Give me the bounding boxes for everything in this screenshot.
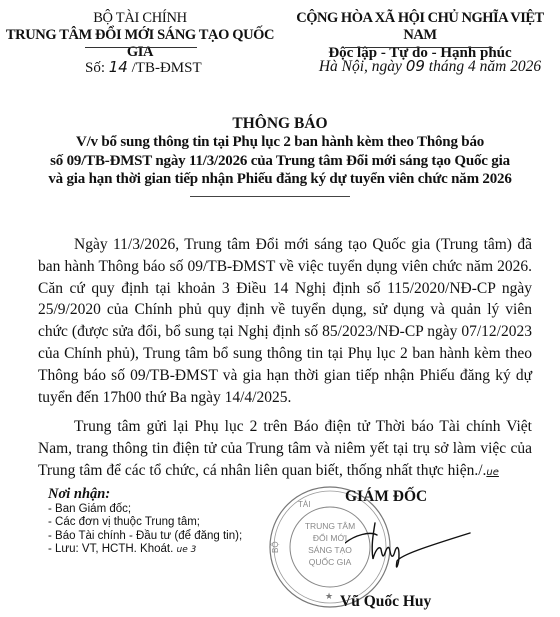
agency-name: TRUNG TÂM ĐỔI MỚI SÁNG TẠO QUỐC GIA [0, 27, 280, 61]
issuer-header: BỘ TÀI CHÍNH TRUNG TÂM ĐỔI MỚI SÁNG TẠO … [0, 10, 280, 61]
svg-text:BỘ: BỘ [271, 541, 280, 553]
recipient-item: - Các đơn vị thuộc Trung tâm; [48, 516, 248, 529]
handwritten-day: 09 [406, 57, 425, 75]
recipients-block: Nơi nhận: - Ban Giám đốc; - Các đơn vị t… [48, 486, 248, 557]
notice-title-block: THÔNG BÁO V/v bổ sung thông tin tại Phụ … [0, 115, 560, 189]
subject-line-3: và gia hạn thời gian tiếp nhận Phiếu đăn… [0, 170, 560, 189]
national-header: CỘNG HÒA XÃ HỘI CHỦ NGHĨA VIỆT NAM Độc l… [280, 10, 560, 63]
svg-text:★: ★ [325, 592, 333, 602]
handwritten-signature [345, 515, 480, 575]
document-number: Số: 14 /TB-ĐMST [85, 58, 202, 77]
body-paragraph-1: Ngày 11/3/2026, Trung tâm Đổi mới sáng t… [38, 234, 532, 408]
handwritten-number: 14 [109, 58, 128, 76]
subject-line-2: số 09/TB-ĐMST ngày 11/3/2026 của Trung t… [0, 152, 560, 171]
signer-title: GIÁM ĐỐC [345, 488, 427, 506]
ministry-name: BỘ TÀI CHÍNH [0, 10, 280, 27]
signer-name: Vũ Quốc Huy [340, 593, 431, 611]
notice-body: Ngày 11/3/2026, Trung tâm Đổi mới sáng t… [38, 234, 532, 492]
body-paragraph-2: Trung tâm gửi lại Phụ lục 2 trên Báo điệ… [38, 416, 532, 483]
recipient-item: - Lưu: VT, HCTH. Khoát. ue 3 [48, 543, 248, 557]
notice-heading: THÔNG BÁO [0, 115, 560, 133]
recipient-item: - Ban Giám đốc; [48, 503, 248, 516]
subject-underline [190, 196, 350, 197]
date-line: Hà Nội, ngày 09 tháng 4 năm 2026 [300, 57, 560, 76]
svg-text:ĐỔI MỚI: ĐỔI MỚI [313, 532, 347, 543]
handwritten-initials: ue 3 [177, 545, 197, 555]
issuer-divider [85, 47, 197, 48]
handwritten-end-mark: ue [486, 467, 499, 478]
seal-outer-text: TÀI [298, 500, 310, 509]
motto-underline [345, 47, 493, 48]
subject-line-1: V/v bổ sung thông tin tại Phụ lục 2 ban … [0, 133, 560, 152]
recipient-item: - Báo Tài chính - Đầu tư (để đăng tin); [48, 530, 248, 543]
recipients-heading: Nơi nhận: [48, 486, 248, 503]
nation-name: CỘNG HÒA XÃ HỘI CHỦ NGHĨA VIỆT NAM [280, 10, 560, 44]
